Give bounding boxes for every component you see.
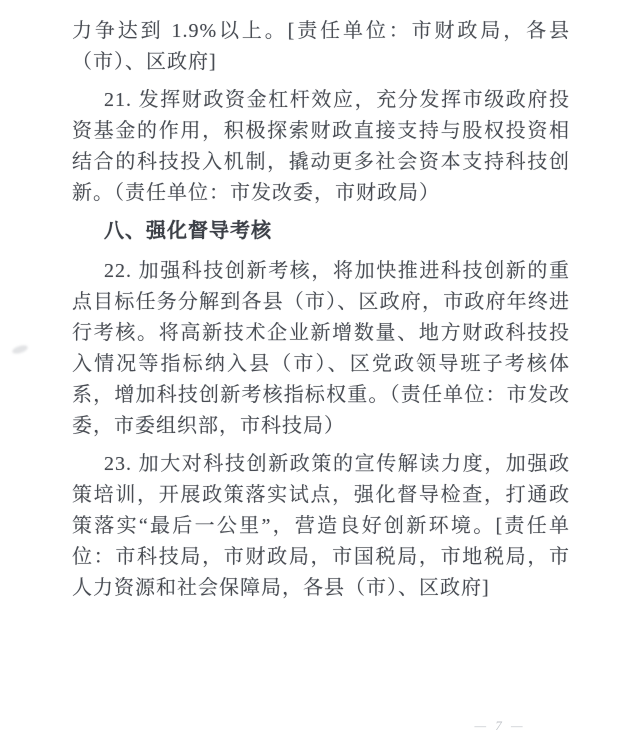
scan-smudge-mark — [11, 344, 28, 356]
paragraph-20-continuation: 力争达到 1.9%以上。[责任单位：市财政局，各县（市）、区政府] — [72, 16, 570, 78]
document-page: 力争达到 1.9%以上。[责任单位：市财政局，各县（市）、区政府] 21. 发挥… — [0, 0, 640, 748]
paragraph-22: 22. 加强科技创新考核，将加快推进科技创新的重点目标任务分解到各县（市）、区政… — [72, 256, 570, 442]
page-number: — 7 — — [430, 718, 570, 734]
paragraph-23: 23. 加大对科技创新政策的宣传解读力度，加强政策培训，开展政策落实试点，强化督… — [72, 449, 570, 604]
paragraph-21: 21. 发挥财政资金杠杆效应，充分发挥市级政府投资基金的作用，积极探索财政直接支… — [72, 85, 570, 209]
section-heading-8: 八、强化督导考核 — [72, 216, 570, 247]
document-body: 力争达到 1.9%以上。[责任单位：市财政局，各县（市）、区政府] 21. 发挥… — [72, 16, 570, 611]
